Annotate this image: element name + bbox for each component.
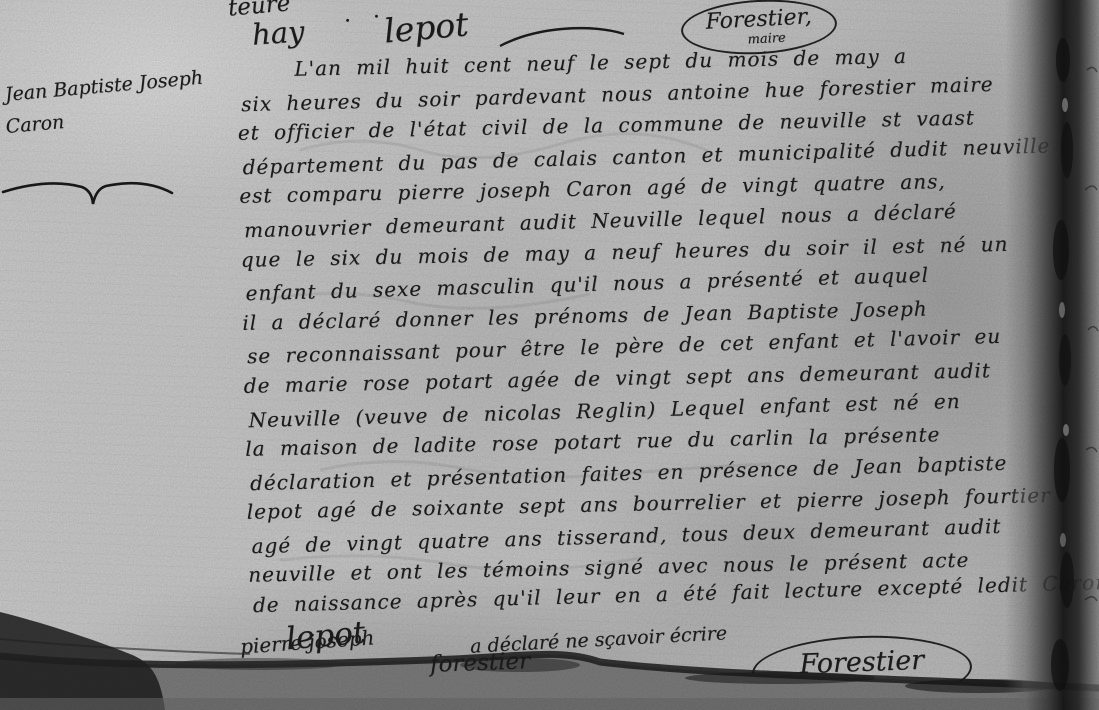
act-body-text: L'an mil huit cent neuf le sept du mois … [236,37,1061,618]
margin-note-name: Jean Baptiste Joseph [4,67,204,106]
signature-lepot-top: lepot [382,4,469,50]
register-page-scan: teure . . hay lepot Forestier, maire Jea… [0,0,1099,710]
facing-page-text-fragments [1085,67,1098,601]
mayor-name: Forestier, [705,6,812,34]
book-binding-gutter [1005,0,1099,710]
signature-hay: hay [251,14,306,52]
signature-forestier-small: forestier [430,648,531,677]
margin-note: Jean Baptiste Joseph Caron [4,67,207,138]
binding-texture [1005,0,1099,710]
signature-lepot-bottom: lepot [285,615,367,658]
margin-note-surname: Caron [5,99,207,138]
margin-brace-flourish [0,176,176,212]
